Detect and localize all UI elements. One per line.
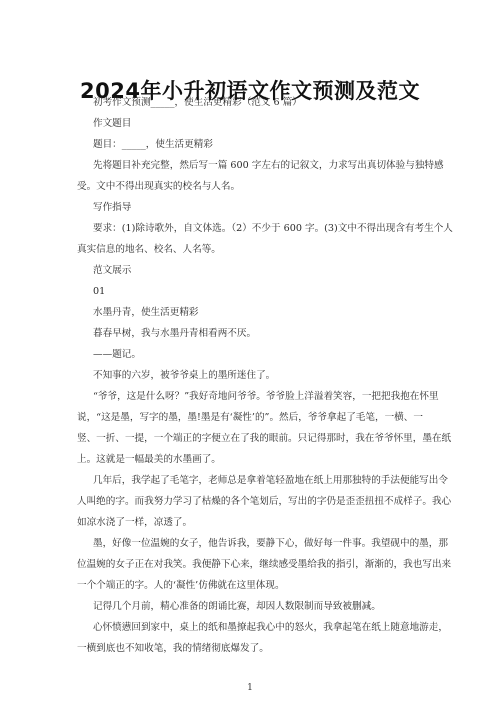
paragraph-line: 竖、一折、一提，一个端正的字便立在了我的眼前。只记得那时，我在爷爷怀里，墨在纸 bbox=[77, 433, 451, 445]
page-number: 1 bbox=[0, 683, 500, 693]
paragraph-line: 作文题目 bbox=[93, 118, 131, 130]
paragraph-line: ——题记。 bbox=[93, 349, 141, 361]
paragraph-line: 一个个端正的字。人的‘凝性’仿佛就在这里体现。 bbox=[77, 580, 285, 592]
paragraph-line: 先将题目补充完整，然后写一篇 600 字左右的记叙文，力求写出真切体验与独特感 bbox=[93, 160, 444, 172]
paragraph-line: 说，“这是墨，写字的墨，墨!墨是有‘凝性’的”。然后，爷爷拿起了毛笔，一横、一 bbox=[77, 412, 423, 424]
paragraph-line: 范文展示 bbox=[93, 265, 131, 277]
paragraph-line: 心怀愤懑回到家中，桌上的纸和墨撩起我心中的怒火，我拿起笔在纸上随意地游走， bbox=[93, 622, 448, 634]
paragraph-line: 01 bbox=[93, 286, 105, 298]
paragraph-line: 不知事的六岁，被爷爷桌上的墨所迷住了。 bbox=[93, 370, 275, 382]
paragraph-line: 题目：_____，使生活更精彩 bbox=[93, 139, 213, 151]
paragraph-line: 暮春早树，我与水墨丹青相看两不厌。 bbox=[93, 328, 256, 340]
paragraph-line: 如凉水浇了一样，凉透了。 bbox=[77, 517, 192, 529]
paragraph-line: 写作指导 bbox=[93, 202, 131, 214]
paragraph-line: 真实信息的地名、校名、人名等。 bbox=[77, 244, 221, 256]
paragraph-line: 上。这就是一幅最美的水墨画了。 bbox=[77, 454, 221, 466]
paragraph-line: 位温婉的女子正在对我笑。我便静下心来，继续感受墨给我的指引，渐渐的，我也写出来 bbox=[77, 559, 451, 571]
paragraph-line: 要求：(1)除诗歌外，自文体选。（2）不少于 600 字。(3)文中不得出现含有… bbox=[93, 223, 453, 235]
paragraph-line: 水墨丹青，使生活更精彩 bbox=[93, 307, 199, 319]
paragraph-line: 几年后，我学起了毛笔字，老师总是拿着笔轻盈地在纸上用那独特的手法便能写出令 bbox=[93, 475, 448, 487]
paragraph-line: 人叫绝的字。而我努力学习了枯燥的各个笔划后，写出的字仍是歪歪扭扭不成样子。我心 bbox=[77, 496, 451, 508]
paragraph-line: “爷爷，这是什么呀？”我好奇地问爷爷。爷爷脸上洋溢着笑容，一把把我抱在怀里 bbox=[93, 391, 439, 403]
paragraph-line: 墨，好像一位温婉的女子，他告诉我，要静下心，做好每一件事。我望砚中的墨，那 bbox=[93, 538, 448, 550]
paragraph-line: 记得几个月前，精心准备的朗诵比赛，却因人数限制而导致被删减。 bbox=[93, 601, 381, 613]
paragraph-line: 受。文中不得出现真实的校名与人名。 bbox=[77, 181, 240, 193]
document-page: 2024年小升初语文作文预测及范文 初考作文预测_____，使生活更精彩（范文 … bbox=[0, 0, 500, 707]
paragraph-line: 一横到底也不知收笔，我的情绪彻底爆发了。 bbox=[77, 643, 269, 655]
paragraph-line: 初考作文预测_____，使生活更精彩（范文 6 篇） bbox=[93, 97, 302, 109]
